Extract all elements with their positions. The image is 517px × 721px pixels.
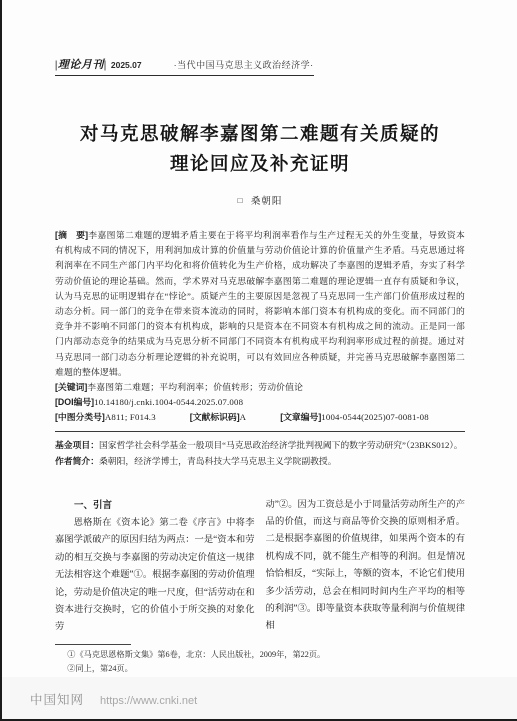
keywords: [关键词]李嘉图第二难题；平均利润率；价值转形；劳动价值论 [55, 380, 465, 395]
article-number: [文章编号]1004-0544(2025)07-0081-08 [280, 410, 429, 425]
abstract: [摘 要]李嘉图第二难题的逻辑矛盾主要在于将平均利润率看作与生产过程无关的外生变… [55, 228, 465, 380]
author-line: □ 桑朝阳 [55, 193, 465, 207]
journal-column-title: ·当代中国马克思主义政治经济学· [174, 58, 314, 71]
article-title-line2: 理论回应及补充证明 [55, 150, 465, 180]
right-column-paragraph: 动”②。因为工资总是小于同量活劳动所生产的产品的价值，而这与商品等价交换的原则相… [266, 497, 466, 636]
meta-block: [摘 要]李嘉图第二难题的逻辑矛盾主要在于将平均利润率看作与生产过程无关的外生变… [55, 228, 465, 426]
doi-label: [DOI编号] [55, 397, 94, 407]
article-title: 对马克思破解李嘉图第二难题有关质疑的 理论回应及补充证明 [55, 120, 465, 180]
window-left-edge [0, 0, 2, 721]
footnote-separator [55, 644, 131, 645]
doi-text: 10.14180/j.cnki.1004-0544.2025.07.008 [94, 397, 243, 407]
cnki-url: https://www.cnki.net [100, 695, 197, 707]
left-column-paragraph: 恩格斯在《资本论》第二卷《序言》中将李嘉图学派破产的原因归结为两点：一是“资本和… [55, 515, 255, 637]
classification-row: [中图分类号]A811; F014.3 [文献标识码]A [文章编号]1004-… [55, 410, 465, 425]
viewer-footer-strip: 中国知网 https://www.cnki.net [0, 677, 517, 719]
abstract-label: [摘 要] [55, 230, 88, 240]
paper-page: |理论月刊| 2025.07 ·当代中国马克思主义政治经济学· 对马克思破解李嘉… [0, 0, 517, 677]
fund-project: 基金项目：国家哲学社会科学基金一般项目“马克思政治经济学批判视阈下的数字劳动研究… [55, 437, 465, 454]
footnote-1: ①《马克思恩格斯文集》第6卷，北京：人民出版社，2009年，第22页。 [55, 648, 465, 662]
right-column: 动”②。因为工资总是小于同量活劳动所生产的产品的价值，而这与商品等价交换的原则相… [266, 497, 466, 637]
bio-text: 桑朝阳，经济学博士，青岛科技大学马克思主义学院副教授。 [99, 456, 337, 466]
page-header: |理论月刊| 2025.07 ·当代中国马克思主义政治经济学· [55, 56, 314, 76]
bio-label: 作者简介： [55, 456, 99, 466]
journal-issue: 2025.07 [111, 60, 142, 70]
author-marker-icon: □ [238, 196, 244, 205]
clc-number: [中图分类号]A811; F014.3 [55, 410, 156, 425]
left-column: 一、引言 恩格斯在《资本论》第二卷《序言》中将李嘉图学派破产的原因归结为两点：一… [55, 497, 255, 637]
keywords-label: [关键词] [55, 382, 87, 392]
cnki-watermark: 中国知网 https://www.cnki.net [30, 690, 197, 708]
abstract-text: 李嘉图第二难题的逻辑矛盾主要在于将平均利润率看作与生产过程无关的外生变量，导致资… [55, 230, 465, 377]
fund-label: 基金项目： [55, 440, 99, 450]
fund-text: 国家哲学社会科学基金一般项目“马克思政治经济学批判视阈下的数字劳动研究”（23B… [99, 440, 463, 450]
body-columns: 一、引言 恩格斯在《资本论》第二卷《序言》中将李嘉图学派破产的原因归结为两点：一… [55, 497, 465, 637]
footnote-2: ②同上，第24页。 [55, 662, 465, 676]
article-title-line1: 对马克思破解李嘉图第二难题有关质疑的 [55, 120, 465, 150]
author-bio: 作者简介：桑朝阳，经济学博士，青岛科技大学马克思主义学院副教授。 [55, 453, 465, 470]
journal-name: |理论月刊| [55, 56, 107, 72]
cnki-logo-text: 中国知网 [30, 690, 84, 708]
meta-divider [55, 431, 465, 432]
section-heading-introduction: 一、引言 [55, 497, 255, 514]
doi: [DOI编号]10.14180/j.cnki.1004-0544.2025.07… [55, 395, 465, 410]
funding-block: 基金项目：国家哲学社会科学基金一般项目“马克思政治经济学批判视阈下的数字劳动研究… [55, 437, 465, 470]
keywords-text: 李嘉图第二难题；平均利润率；价值转形；劳动价值论 [87, 382, 303, 392]
document-code: [文献标识码]A [190, 410, 246, 425]
author-name: 桑朝阳 [251, 197, 283, 207]
